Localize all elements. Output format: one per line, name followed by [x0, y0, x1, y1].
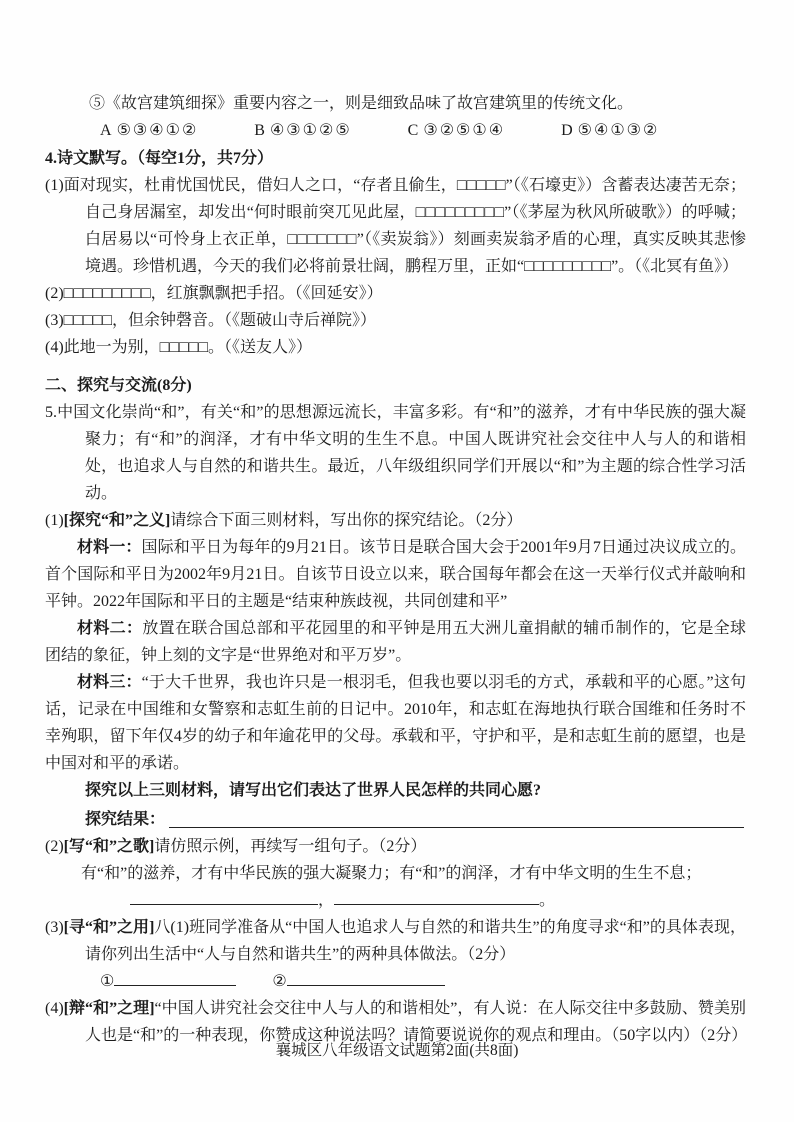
answer-blank-circled-2	[287, 970, 445, 986]
answer-blank-line	[169, 827, 744, 828]
sub3-text: 八(1)班同学准备从“中国人也追求人与自然的和谐共生”的角度寻求“和”的具体表现…	[85, 919, 746, 963]
sub3-tag: [寻“和”之用]	[64, 919, 155, 936]
question5-sub1-heading: (1)[探究“和”之义]请综合下面三则材料，写出你的探究结论。（2分）	[45, 507, 746, 534]
option-d-sequence: ⑤④①③②	[578, 122, 660, 139]
answer-blank-2	[334, 889, 539, 905]
question5-intro: 5.中国文化崇尚“和”，有关“和”的思想源远流长，丰富多彩。有“和”的滋养，才有…	[45, 399, 746, 507]
sub3-answer-blanks: ①②	[45, 968, 746, 995]
option-b: B④③①②⑤	[254, 117, 351, 144]
exam-page: ⑤《故宫建筑细探》重要内容之一，则是细致品味了故宫建筑里的传统文化。 A⑤③④①…	[0, 0, 794, 1122]
option-d: D⑤④①③②	[561, 117, 659, 144]
option-d-label: D	[561, 122, 573, 139]
sub2-answer-blanks: ，。	[45, 887, 746, 914]
option-b-label: B	[254, 122, 265, 139]
material-1-label: 材料一：	[77, 539, 142, 556]
sub4-tag: [辩“和”之理]	[64, 1000, 155, 1017]
blank-period: 。	[539, 892, 555, 909]
sub1-prompt: 探究以上三则材料，请写出它们表达了世界人民怎样的共同心愿?	[45, 777, 746, 804]
sub1-number: (1)	[45, 512, 64, 529]
blank-comma: ，	[318, 892, 334, 909]
option-c: C③②⑤①④	[408, 117, 505, 144]
sub2-example-sentence: 有“和”的滋养，才有中华民族的强大凝聚力；有“和”的润泽，才有中华文明的生生不息…	[45, 860, 746, 887]
option-c-label: C	[408, 122, 419, 139]
option-a: A⑤③④①②	[100, 117, 198, 144]
option-c-sequence: ③②⑤①④	[423, 122, 505, 139]
material-2-text: 放置在联合国总部和平花园里的和平钟是用五大洲儿童捐献的辅币制作的，它是全球团结的…	[45, 620, 746, 664]
question5-sub2-heading: (2)[写“和”之歌]请仿照示例，再续写一组句子。（2分）	[45, 833, 746, 860]
sub2-number: (2)	[45, 838, 64, 855]
question3-answer-options: A⑤③④①② B④③①②⑤ C③②⑤①④ D⑤④①③②	[45, 117, 746, 144]
circled-2-marker: ②	[272, 973, 286, 990]
page-footer: 襄城区八年级语文试题第2面(共8面)	[0, 1038, 794, 1060]
sub1-text: 请综合下面三则材料，写出你的探究结论。（2分）	[170, 512, 522, 529]
sub1-tag: [探究“和”之义]	[64, 512, 171, 529]
material-3: 材料三：“于大千世界，我也许只是一根羽毛，但我也要以羽毛的方式，承载和平的心愿。…	[45, 669, 746, 777]
sub4-number: (4)	[45, 1000, 64, 1017]
question4-item-1: (1)面对现实，杜甫忧国忧民，借妇人之口，“存者且偷生，□□□□□”（《石壕吏》…	[45, 172, 746, 280]
option-b-sequence: ④③①②⑤	[270, 122, 352, 139]
material-3-label: 材料三：	[77, 674, 142, 691]
sub3-number: (3)	[45, 919, 64, 936]
material-3-text: “于大千世界，我也许只是一根羽毛，但我也要以羽毛的方式，承载和平的心愿。”这句话…	[45, 674, 746, 772]
material-2: 材料二：放置在联合国总部和平花园里的和平钟是用五大洲儿童捐献的辅币制作的，它是全…	[45, 615, 746, 669]
material-1: 材料一：国际和平日为每年的9月21日。该节日是联合国大会于2001年9月7日通过…	[45, 534, 746, 615]
option-a-sequence: ⑤③④①②	[117, 122, 199, 139]
answer-blank-1	[130, 889, 318, 905]
section2-heading: 二、探究与交流(8分)	[45, 372, 746, 399]
question4-item-2: (2)□□□□□□□□□，红旗飘飘把手招。（《回延安》）	[45, 280, 746, 307]
sub1-result-row: 探究结果：	[45, 806, 746, 833]
question4-title: 4.诗文默写。（每空1分，共7分）	[45, 145, 746, 172]
exam-content: ⑤《故宫建筑细探》重要内容之一，则是细致品味了故宫建筑里的传统文化。 A⑤③④①…	[45, 90, 746, 1049]
circled-1-marker: ①	[100, 973, 114, 990]
question5-sub3-heading: (3)[寻“和”之用]八(1)班同学准备从“中国人也追求人与自然的和谐共生”的角…	[45, 914, 746, 968]
sub1-result-label: 探究结果：	[85, 806, 165, 833]
option-a-label: A	[100, 122, 112, 139]
material-1-text: 国际和平日为每年的9月21日。该节日是联合国大会于2001年9月7日通过决议成立…	[45, 539, 746, 610]
sub2-text: 请仿照示例，再续写一组句子。（2分）	[154, 838, 426, 855]
answer-blank-circled-1	[114, 970, 236, 986]
question4-item-4: (4)此地一为别，□□□□□。（《送友人》）	[45, 334, 746, 361]
question3-item5: ⑤《故宫建筑细探》重要内容之一，则是细致品味了故宫建筑里的传统文化。	[45, 90, 746, 117]
material-2-label: 材料二：	[77, 620, 142, 637]
sub2-tag: [写“和”之歌]	[64, 838, 155, 855]
question4-item-3: (3)□□□□□，但余钟磬音。（《题破山寺后禅院》）	[45, 307, 746, 334]
